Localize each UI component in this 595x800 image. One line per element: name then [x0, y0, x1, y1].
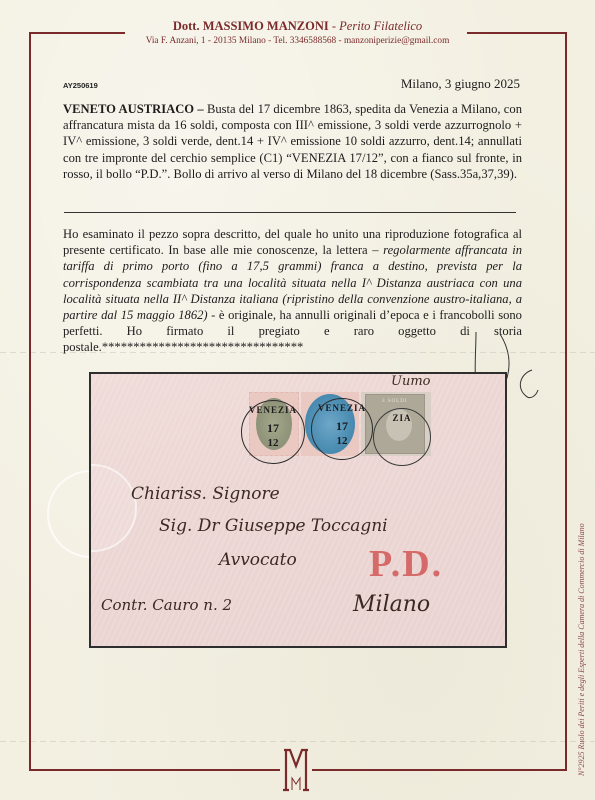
postmark-day: 17 — [312, 419, 372, 434]
address-line-3: Avvocato — [219, 550, 297, 570]
postmark-town: VENEZIA — [312, 403, 372, 413]
letterhead-name-line: Dott. MASSIMO MANZONI - Perito Filatelic… — [0, 18, 595, 34]
expert-name: Dott. MASSIMO MANZONI — [173, 19, 329, 33]
handwritten-note-top: Uumo — [391, 374, 430, 389]
monogram-logo — [280, 748, 312, 792]
address-city: Milano — [353, 592, 430, 617]
postmark: VENEZIA 17 12 — [311, 398, 373, 460]
expert-title: Perito Filatelico — [339, 19, 422, 33]
red-pd-mark: P.D. — [369, 542, 443, 586]
fold-line — [0, 741, 595, 742]
contact-info: Via F. Anzani, 1 - 20135 Milano - Tel. 3… — [0, 35, 595, 47]
examination-statement: Ho esaminato il pezzo sopra descritto, d… — [63, 226, 522, 356]
envelope-photo: 3 SOLDI VENEZIA 17 12 VENEZIA 17 12 ZIA … — [89, 372, 507, 648]
registration-note: N°2925 Ruolo dei Periti e degli Esperti … — [577, 523, 586, 776]
postmark-town: ZIA — [374, 413, 430, 423]
postmark-town: VENEZIA — [242, 405, 304, 415]
item-description: VENETO AUSTRIACO – Busta del 17 dicembre… — [63, 101, 522, 182]
postmark: ZIA — [373, 408, 431, 466]
frame-border-bottom-left — [29, 769, 280, 771]
letterhead: Dott. MASSIMO MANZONI - Perito Filatelic… — [0, 18, 595, 47]
address-line-4: Contr. Cauro n. 2 — [101, 596, 232, 614]
description-lead: VENETO AUSTRIACO – — [63, 102, 204, 116]
postmark-month: 12 — [312, 435, 372, 447]
frame-border-bottom-right — [312, 769, 567, 771]
certificate-id: AY250619 — [63, 81, 98, 90]
postmark-month: 12 — [242, 437, 304, 449]
postmark-day: 17 — [242, 421, 304, 436]
address-line-2: Sig. Dr Giuseppe Toccagni — [159, 516, 388, 536]
stamp-value: 3 SOLDI — [382, 399, 407, 404]
letterhead-separator: - — [329, 19, 339, 33]
certificate-date: Milano, 3 giugno 2025 — [401, 76, 520, 92]
address-line-1: Chiariss. Signore — [131, 484, 280, 504]
postmark: VENEZIA 17 12 — [241, 400, 305, 464]
frame-border-left — [29, 32, 31, 771]
section-divider — [64, 212, 516, 213]
frame-border-right — [565, 32, 567, 771]
